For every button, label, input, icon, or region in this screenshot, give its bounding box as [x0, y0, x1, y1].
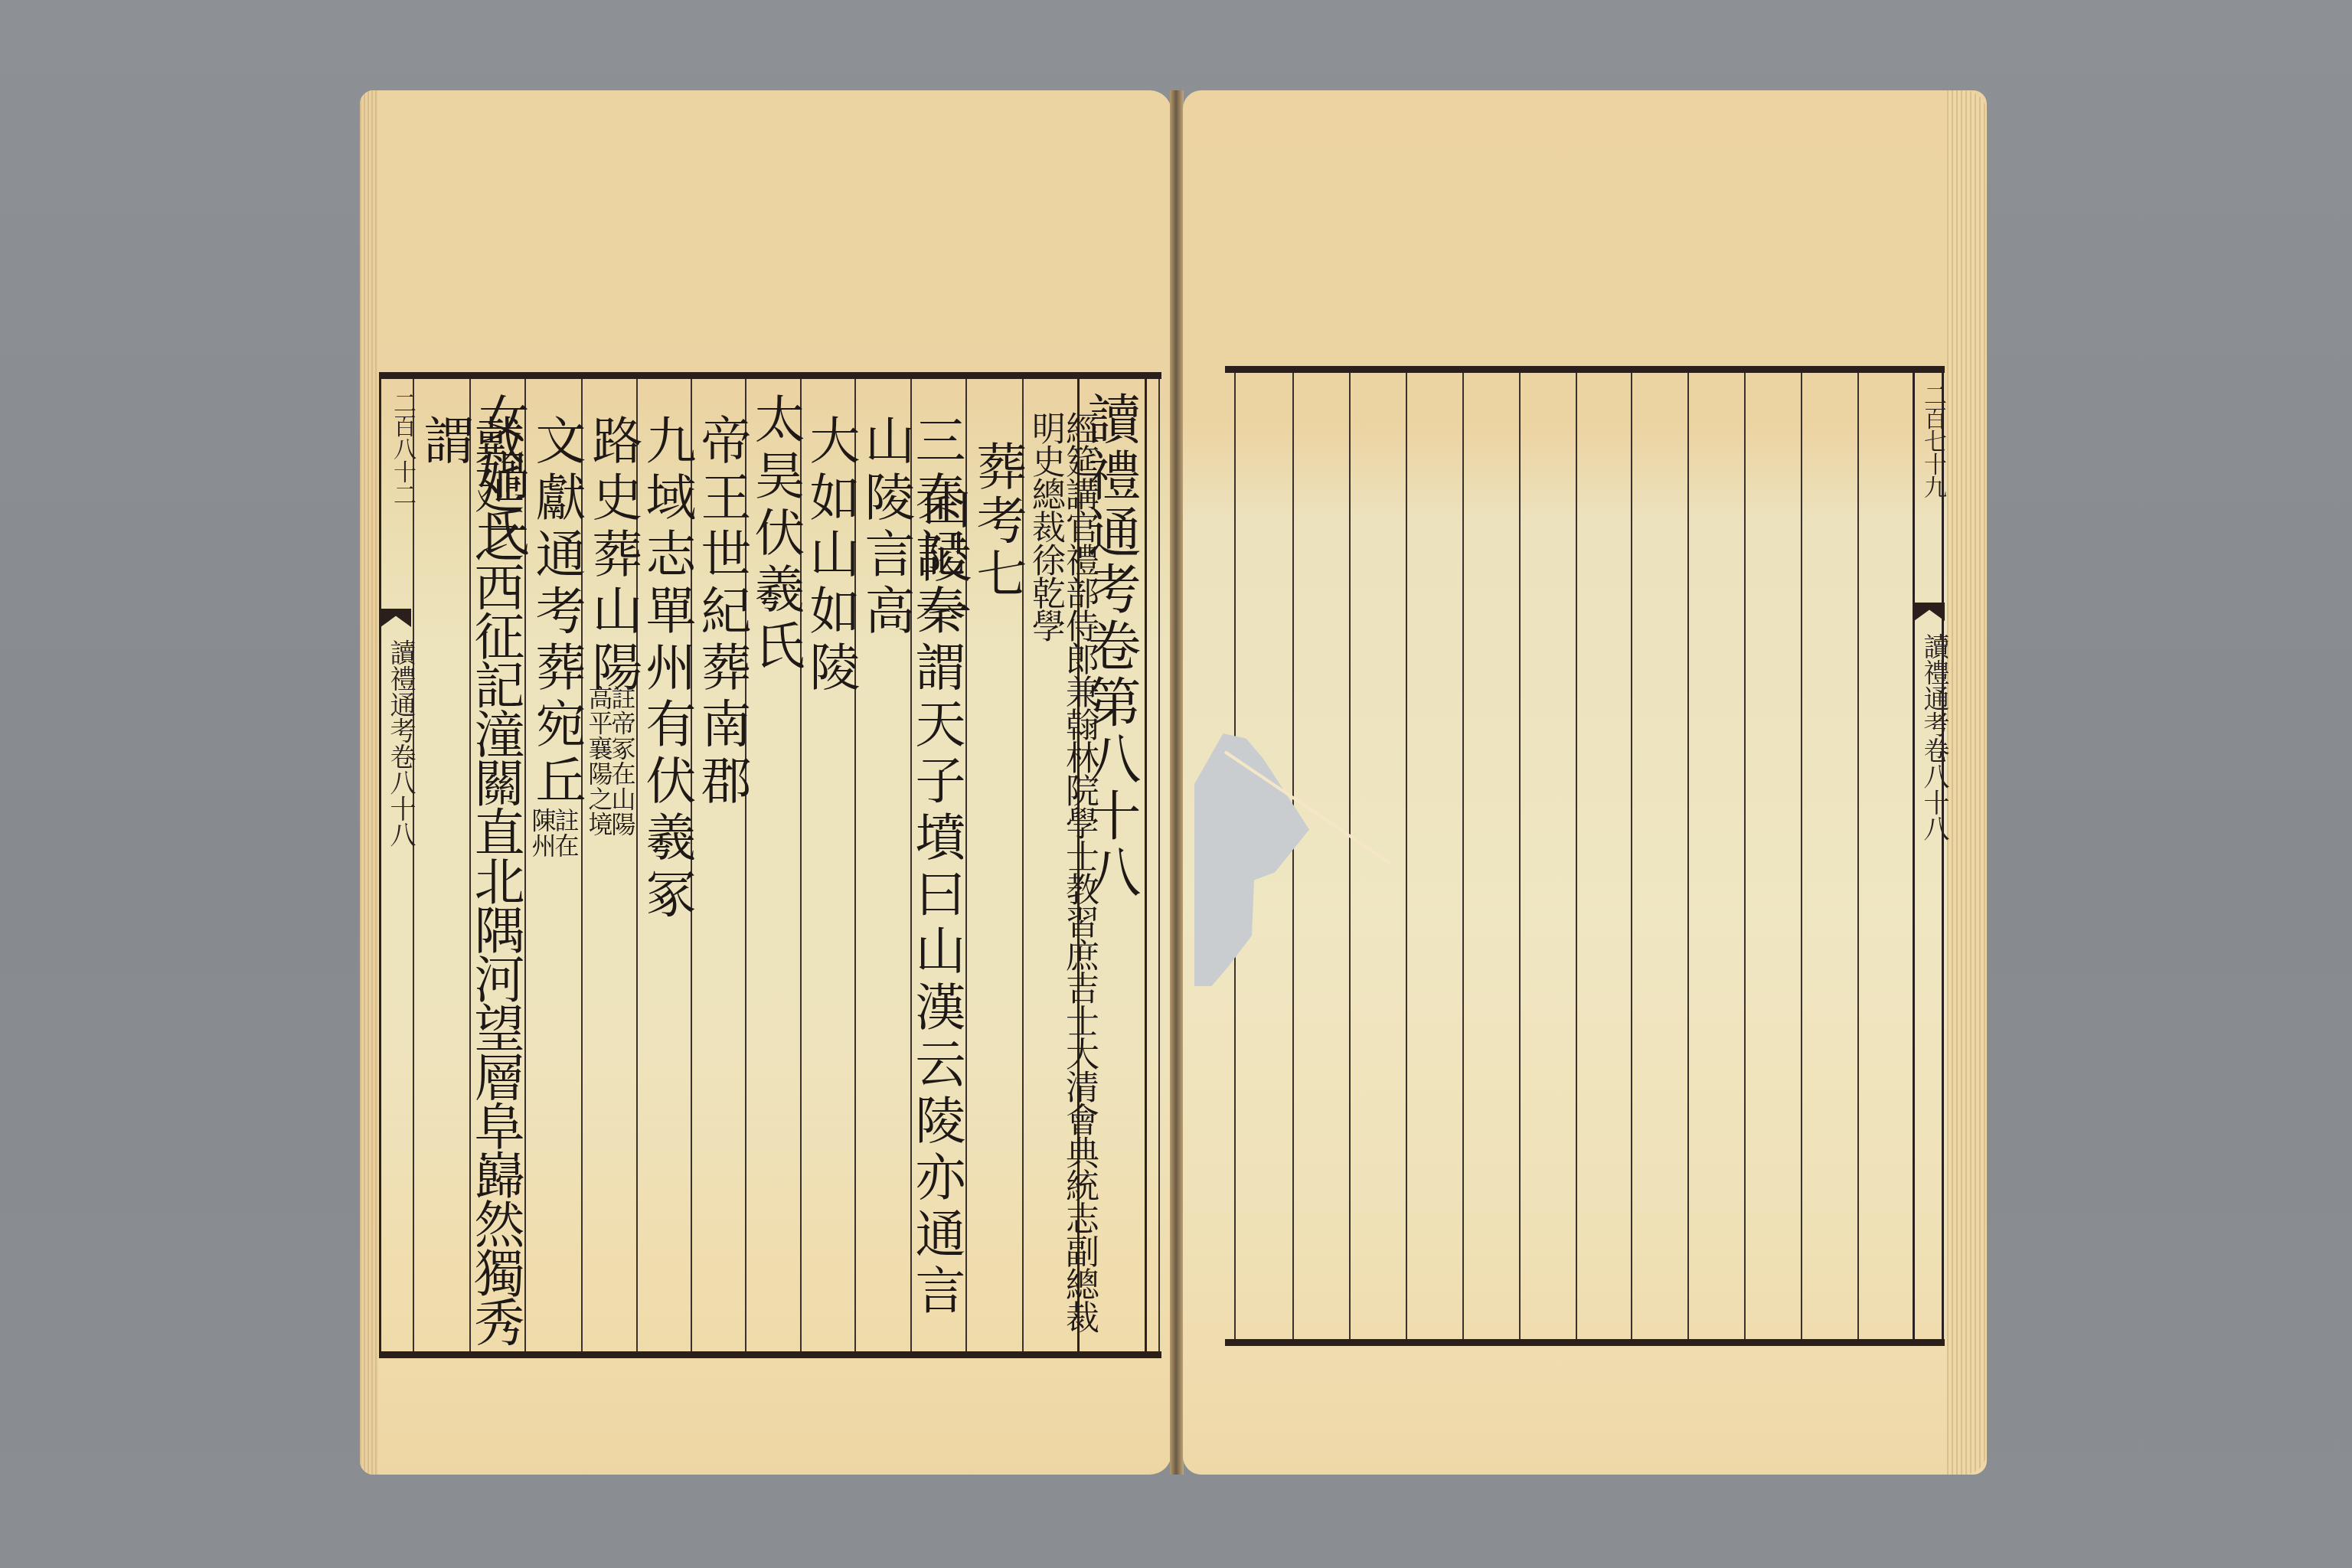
page-number-right: 二百七十九: [1916, 384, 1949, 498]
annotation-note: 高平襄陽之境: [586, 685, 612, 837]
fishtail-mark: [381, 609, 411, 627]
frame-rule: [379, 379, 381, 1351]
frame-rule: [1913, 373, 1915, 1339]
frame-rule: [1462, 373, 1464, 1339]
frame-rule: [1158, 379, 1160, 1351]
fore-edge-label-right: 讀禮通考卷八十八: [1916, 633, 1953, 841]
text-column: 帝王世紀葬南郡: [696, 414, 746, 811]
left-page-edge-stack: [360, 90, 378, 1475]
frame-rule: [1744, 373, 1746, 1339]
text-column: 文獻通考葬宛丘: [531, 414, 581, 811]
frame-rule: [1292, 373, 1294, 1339]
frame-rule: [1519, 373, 1521, 1339]
right-print-frame: 二百七十九 讀禮通考卷八十八: [1225, 366, 1945, 1346]
entry-heading: 太昊伏羲氏: [750, 393, 800, 676]
text-column: 路史葬山陽: [587, 414, 638, 697]
frame-rule: [1406, 373, 1407, 1339]
left-print-frame: 二百八十二 讀禮通考卷八十八 讀禮通考卷第八十八 經筵講官禮部侍郎兼翰林院學士教…: [379, 372, 1161, 1358]
text-column: 九域志單州有伏羲冢: [641, 414, 691, 924]
text-column: 大如山如陵: [805, 414, 855, 697]
fore-edge-label-left: 讀禮通考卷八十八: [382, 639, 420, 848]
fishtail-mark: [1914, 603, 1945, 621]
annotation-note: 陳州: [529, 808, 555, 858]
frame-rule: [1631, 373, 1632, 1339]
frame-rule: [1145, 379, 1147, 1351]
frame-rule: [1576, 373, 1577, 1339]
book-gutter: [1170, 90, 1184, 1475]
frame-rule: [1942, 373, 1944, 1339]
frame-rule: [1801, 373, 1802, 1339]
frame-rule: [413, 379, 414, 1351]
section-heading: 葬考七: [972, 440, 1022, 601]
frame-rule: [1349, 373, 1351, 1339]
frame-rule: [1687, 373, 1689, 1339]
author-line: 經筵講官禮部侍郎兼翰林院學士教習庶吉士大清會典統志副總裁明史總裁徐乾學: [1028, 411, 1096, 1351]
frame-rule: [1857, 373, 1859, 1339]
text-column: 三秦記秦謂天子墳曰山漢云陵亦通言山陵言高: [860, 414, 961, 1351]
page-number-left: 二百八十二: [385, 391, 419, 506]
text-column: 戴延之西征記潼關直北隅河望層阜巋然獨秀謂: [419, 414, 520, 1351]
